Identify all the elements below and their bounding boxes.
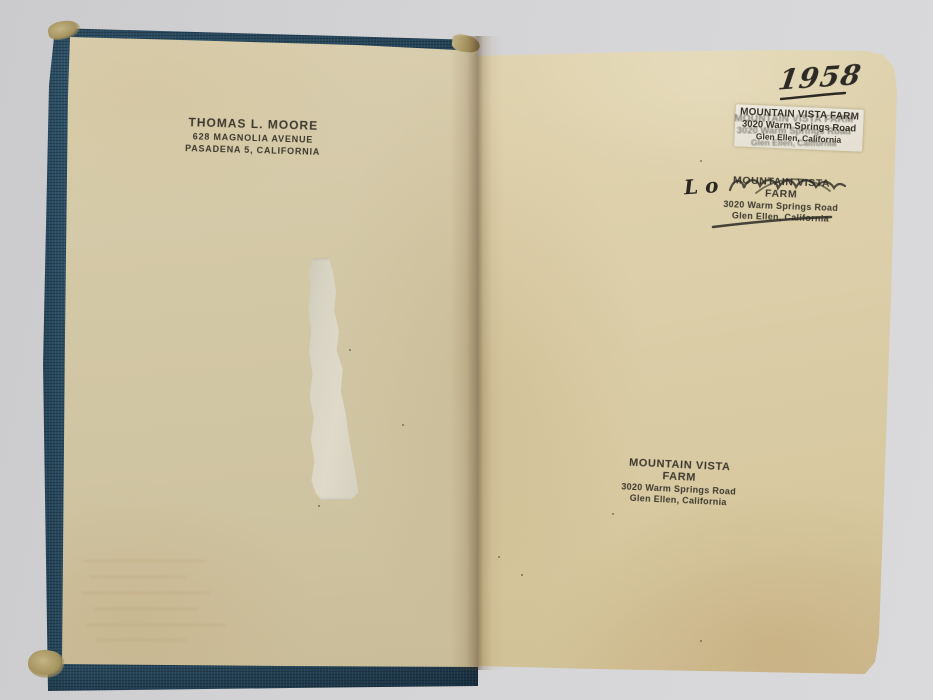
- foxing-speck: [318, 505, 320, 507]
- owner-address-stamp: THOMAS L. MOORE 628 MAGNOLIA AVENUE PASA…: [160, 114, 347, 157]
- swoosh-underline-mark: [710, 214, 836, 230]
- ghost-text-line: [82, 592, 210, 594]
- foxing-speck: [349, 349, 351, 351]
- photo-scene: THOMAS L. MOORE 628 MAGNOLIA AVENUE PASA…: [0, 0, 933, 700]
- year-underline-mark: [778, 90, 850, 102]
- left-endpaper-page: THOMAS L. MOORE 628 MAGNOLIA AVENUE PASA…: [56, 35, 478, 668]
- scribble-mark: [726, 174, 850, 198]
- ghost-text-line: [94, 608, 198, 610]
- right-endpaper-page: 1958 MOUNTAIN VISTA FARM 3020 Warm Sprin…: [478, 46, 899, 676]
- foxing-speck: [402, 424, 404, 426]
- foxing-speck: [700, 160, 702, 162]
- torn-paper-mark: [300, 258, 360, 500]
- foxing-speck: [521, 574, 523, 576]
- ghost-text-line: [96, 639, 186, 641]
- label-stamp: MOUNTAIN VISTA FARM 3020 Warm Springs Ro…: [735, 106, 863, 149]
- foxing-speck: [612, 513, 614, 515]
- foxing-speck: [700, 640, 702, 642]
- foxing-speck: [498, 556, 500, 558]
- ghost-text-line: [90, 576, 186, 578]
- ghost-text-line: [86, 624, 226, 626]
- farm-stamp-bottom: MOUNTAIN VISTA FARM 3020 Warm Springs Ro…: [613, 456, 745, 508]
- ghost-text-line: [84, 560, 204, 562]
- bookplate-label: MOUNTAIN VISTA FARM 3020 Warm Springs Ro…: [734, 104, 864, 152]
